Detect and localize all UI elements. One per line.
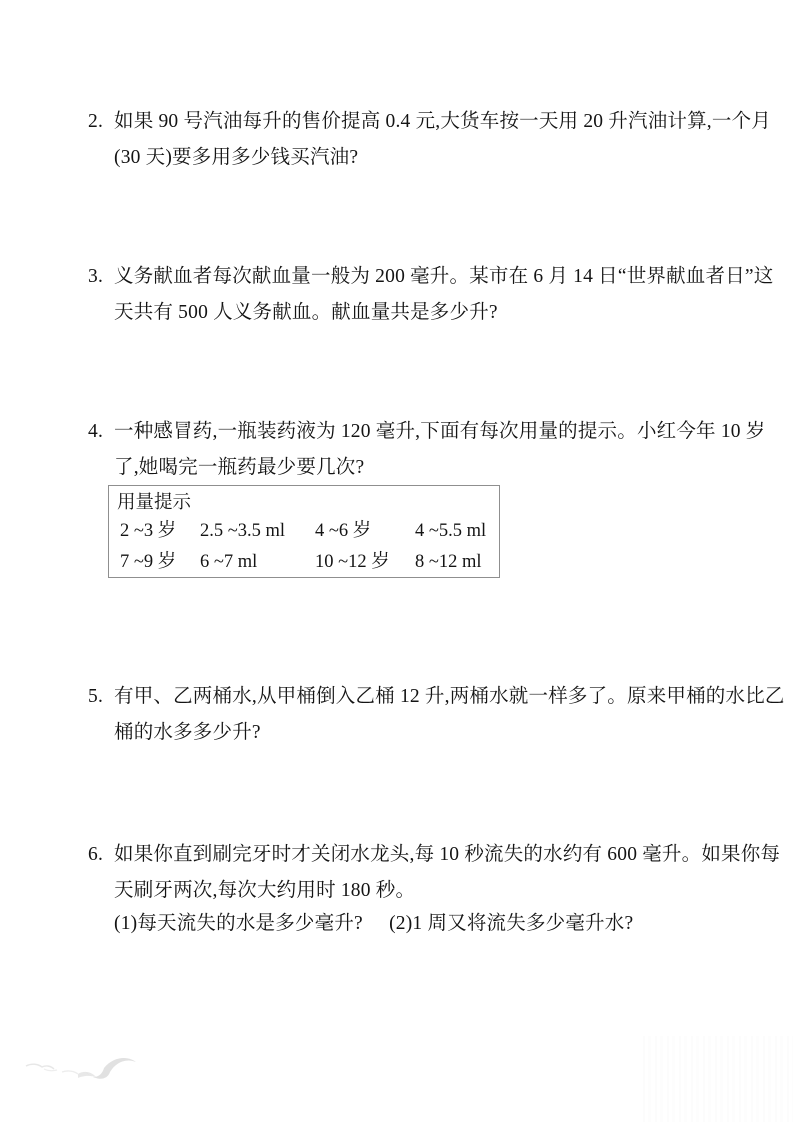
problem-3-line-2: 天共有 500 人义务献血。献血量共是多少升? bbox=[114, 295, 773, 331]
problem-6-subquestions: (1)每天流失的水是多少毫升? (2)1 周又将流失多少毫升水? bbox=[114, 908, 780, 939]
dosage-table: 用量提示 2 ~3 岁 2.5 ~3.5 ml 4 ~6 岁 4 ~5.5 ml… bbox=[108, 485, 500, 578]
problem-2: 2. 如果 90 号汽油每升的售价提高 0.4 元,大货车按一天用 20 升汽油… bbox=[88, 104, 745, 175]
problem-2-text: 如果 90 号汽油每升的售价提高 0.4 元,大货车按一天用 20 升汽油计算,… bbox=[114, 104, 771, 175]
problem-5-line-1: 有甲、乙两桶水,从甲桶倒入乙桶 12 升,两桶水就一样多了。原来甲桶的水比乙 bbox=[114, 679, 785, 715]
dosage-age-range: 10 ~12 岁 bbox=[315, 547, 415, 578]
problem-4-line-2: 了,她喝完一瓶药最少要几次? bbox=[114, 450, 766, 486]
faint-barcode-stripes bbox=[643, 1036, 793, 1122]
problem-4-line-1: 一种感冒药,一瓶装药液为 120 毫升,下面有每次用量的提示。小红今年 10 岁 bbox=[114, 414, 766, 450]
problem-6-subquestion-2: (2)1 周又将流失多少毫升水? bbox=[389, 913, 633, 934]
problem-3-text: 义务献血者每次献血量一般为 200 毫升。某市在 6 月 14 日“世界献血者日… bbox=[114, 259, 773, 330]
dosage-age-range: 2 ~3 岁 bbox=[120, 516, 200, 547]
dosage-amount: 6 ~7 ml bbox=[200, 547, 315, 578]
problem-4-text: 一种感冒药,一瓶装药液为 120 毫升,下面有每次用量的提示。小红今年 10 岁… bbox=[114, 414, 766, 485]
dosage-age-range: 7 ~9 岁 bbox=[120, 547, 200, 578]
dosage-amount: 4 ~5.5 ml bbox=[415, 516, 499, 547]
worksheet-page: 2. 如果 90 号汽油每升的售价提高 0.4 元,大货车按一天用 20 升汽油… bbox=[0, 0, 793, 1122]
problem-5-text: 有甲、乙两桶水,从甲桶倒入乙桶 12 升,两桶水就一样多了。原来甲桶的水比乙 桶… bbox=[114, 679, 785, 750]
problem-3-line-1: 义务献血者每次献血量一般为 200 毫升。某市在 6 月 14 日“世界献血者日… bbox=[114, 259, 773, 295]
problem-6-line-2: 天刷牙两次,每次大约用时 180 秒。 bbox=[114, 873, 780, 909]
problem-5-line-2: 桶的水多多少升? bbox=[114, 715, 785, 751]
problem-4: 4. 一种感冒药,一瓶装药液为 120 毫升,下面有每次用量的提示。小红今年 1… bbox=[88, 414, 745, 485]
problem-6-number: 6. bbox=[88, 837, 114, 939]
problem-5: 5. 有甲、乙两桶水,从甲桶倒入乙桶 12 升,两桶水就一样多了。原来甲桶的水比… bbox=[88, 679, 745, 750]
problem-3-number: 3. bbox=[88, 259, 114, 330]
problem-6: 6. 如果你直到刷完牙时才关闭水龙头,每 10 秒流失的水约有 600 毫升。如… bbox=[88, 837, 745, 939]
problem-2-line-2: (30 天)要多用多少钱买汽油? bbox=[114, 140, 771, 176]
problem-2-number: 2. bbox=[88, 104, 114, 175]
dosage-amount: 2.5 ~3.5 ml bbox=[200, 516, 315, 547]
dosage-table-title: 用量提示 bbox=[117, 490, 499, 516]
dosage-table-row-1: 2 ~3 岁 2.5 ~3.5 ml 4 ~6 岁 4 ~5.5 ml bbox=[117, 516, 499, 547]
problem-6-line-1: 如果你直到刷完牙时才关闭水龙头,每 10 秒流失的水约有 600 毫升。如果你每 bbox=[114, 837, 780, 873]
dosage-age-range: 4 ~6 岁 bbox=[315, 516, 415, 547]
dosage-amount: 8 ~12 ml bbox=[415, 547, 499, 578]
problem-4-number: 4. bbox=[88, 414, 114, 485]
dosage-table-row-2: 7 ~9 岁 6 ~7 ml 10 ~12 岁 8 ~12 ml bbox=[117, 547, 499, 578]
problem-5-number: 5. bbox=[88, 679, 114, 750]
problem-6-subquestion-1: (1)每天流失的水是多少毫升? bbox=[114, 908, 384, 939]
problem-6-text: 如果你直到刷完牙时才关闭水龙头,每 10 秒流失的水约有 600 毫升。如果你每… bbox=[114, 837, 780, 939]
watermark-graphic bbox=[18, 1050, 148, 1095]
problem-2-line-1: 如果 90 号汽油每升的售价提高 0.4 元,大货车按一天用 20 升汽油计算,… bbox=[114, 104, 771, 140]
problem-3: 3. 义务献血者每次献血量一般为 200 毫升。某市在 6 月 14 日“世界献… bbox=[88, 259, 745, 330]
